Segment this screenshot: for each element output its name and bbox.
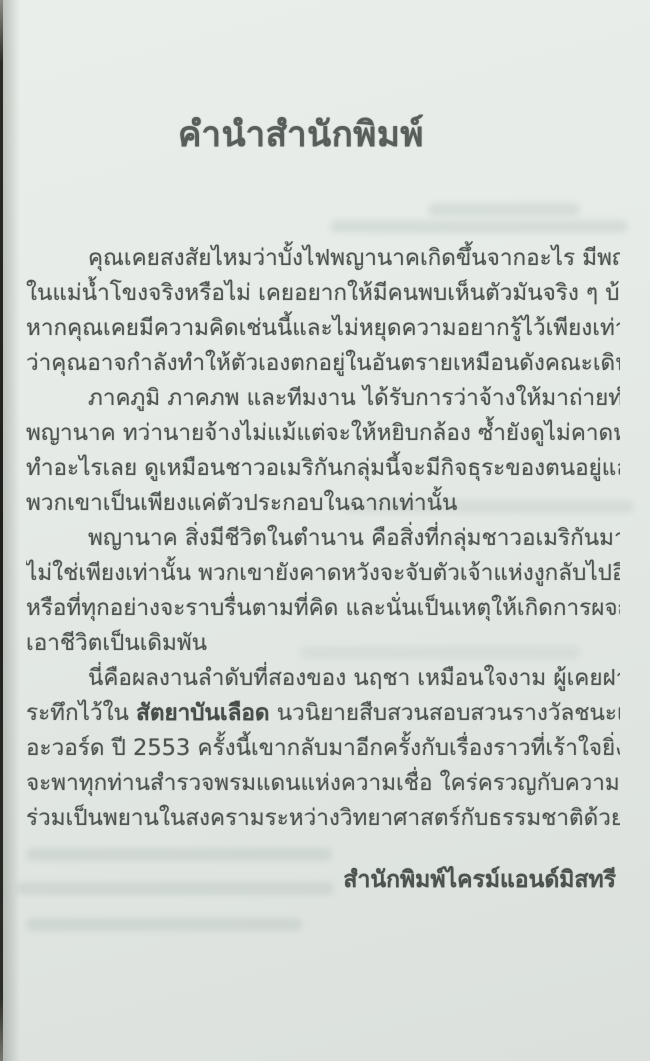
text-line: ร่วมเป็นพยานในสงครามระหว่างวิทยาศาสตร์กั…: [26, 801, 620, 836]
bleed-through-mark: [26, 918, 302, 931]
text-line: เอาชีวิตเป็นเดิมพัน: [26, 626, 620, 661]
foreword-body: คุณเคยสงสัยไหมว่าบั้งไฟพญานาคเกิดขึ้นจาก…: [26, 241, 620, 836]
scanned-book-page: คำนำสำนักพิมพ์ คุณเคยสงสัยไหมว่าบั้งไฟพญ…: [0, 0, 650, 1061]
bleed-through-mark: [26, 848, 332, 861]
text-line: ว่าคุณอาจกำลังทำให้ตัวเองตกอยู่ในอันตราย…: [26, 346, 620, 381]
book-title-mention: สัตยาบันเลือด: [136, 700, 269, 726]
text-line: พวกเขาเป็นเพียงแค่ตัวประกอบในฉากเท่านั้น: [26, 486, 620, 521]
publisher-signature: สำนักพิมพ์ไครม์แอนด์มิสทรี: [343, 862, 616, 898]
text-line: หากคุณเคยมีความคิดเช่นนี้และไม่หยุดความอ…: [26, 311, 620, 346]
text-line: ในแม่น้ำโขงจริงหรือไม่ เคยอยากให้มีคนพบเ…: [26, 276, 620, 311]
page-title: คำนำสำนักพิมพ์: [0, 104, 626, 166]
text-line: นี่คือผลงานลำดับที่สองของ นฤชา เหมือนใจง…: [26, 661, 620, 696]
bleed-through-mark: [428, 203, 580, 216]
paragraph: ภาคภูมิ ภาคภพ และทีมงาน ได้รับการว่าจ้าง…: [26, 381, 620, 521]
text-segment: ระทึกไว้ใน: [26, 700, 136, 726]
text-line: จะพาทุกท่านสำรวจพรมแดนแห่งความเชื่อ ใคร่…: [26, 766, 620, 801]
text-segment: นวนิยายสืบสวนสอบสวนรางวัลชนะเลิศนานมีบุ๊…: [270, 700, 620, 726]
text-line-with-book-title: ระทึกไว้ใน สัตยาบันเลือด นวนิยายสืบสวนสอ…: [26, 696, 620, 731]
paragraph: นี่คือผลงานลำดับที่สองของ นฤชา เหมือนใจง…: [26, 661, 620, 836]
text-line: คุณเคยสงสัยไหมว่าบั้งไฟพญานาคเกิดขึ้นจาก…: [26, 241, 620, 276]
text-line: พญานาค ทว่านายจ้างไม่แม้แต่จะให้หยิบกล้อ…: [26, 416, 620, 451]
text-line: ทำอะไรเลย ดูเหมือนชาวอเมริกันกลุ่มนี้จะม…: [26, 451, 620, 486]
paragraph: พญานาค สิ่งมีชีวิตในตำนาน คือสิ่งที่กลุ่…: [26, 521, 620, 661]
text-line: หรือที่ทุกอย่างจะราบรื่นตามที่คิด และนั่…: [26, 591, 620, 626]
bleed-through-mark: [330, 220, 628, 233]
paragraph: คุณเคยสงสัยไหมว่าบั้งไฟพญานาคเกิดขึ้นจาก…: [26, 241, 620, 381]
text-line: อะวอร์ด ปี 2553 ครั้งนี้เขากลับมาอีกครั้…: [26, 731, 620, 766]
text-line: ภาคภูมิ ภาคภพ และทีมงาน ได้รับการว่าจ้าง…: [26, 381, 620, 416]
text-line: ไม่ใช่เพียงเท่านั้น พวกเขายังคาดหวังจะจั…: [26, 556, 620, 591]
text-line: พญานาค สิ่งมีชีวิตในตำนาน คือสิ่งที่กลุ่…: [26, 521, 620, 556]
bleed-through-mark: [16, 882, 334, 895]
